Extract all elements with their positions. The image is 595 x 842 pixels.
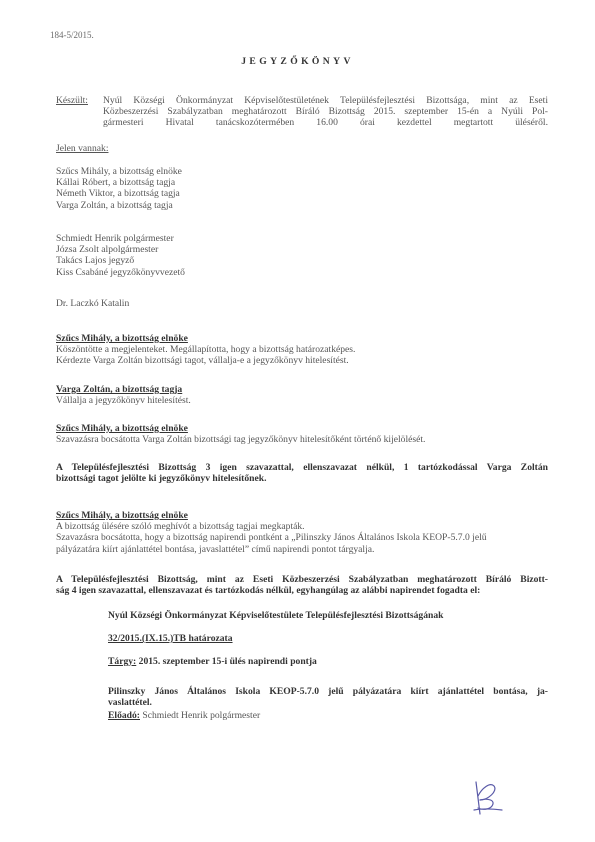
document-title: JEGYZŐKÖNYV [0, 56, 595, 67]
officials-list: Schmiedt Henrik polgármester Józsa Zsolt… [56, 233, 548, 278]
attendee: Varga Zoltán, a bizottság tagja [56, 200, 548, 211]
resolution-number-text: 32/2015.(IX.15.)TB határozata [108, 633, 233, 644]
minutes-text: Kérdezte Varga Zoltán bizottsági tagot, … [56, 355, 548, 366]
decision-paragraph: A Településfejlesztési Bizottság, mint a… [56, 574, 548, 596]
prepared-line: Közbeszerzési Szabályzatban meghatározot… [103, 106, 548, 117]
resolution-number: 32/2015.(IX.15.)TB határozata [108, 633, 548, 644]
minutes-text: Köszöntötte a megjelenteket. Megállapíto… [56, 344, 548, 355]
presenter-label: Előadó: [108, 710, 140, 721]
document-reference-number: 184-5/2015. [50, 30, 94, 41]
minutes-text: A bizottság ülésére szóló meghívót a biz… [56, 521, 548, 532]
resolution-presenter: Előadó: Schmiedt Henrik polgármester [108, 710, 548, 721]
minutes-section: Szűcs Mihály, a bizottság elnöke Köszönt… [56, 333, 548, 367]
prepared-line: Nyúl Községi Önkormányzat Képviselőtestü… [103, 95, 548, 106]
resolution-item: Pilinszky János Általános Iskola KEOP-5.… [108, 686, 548, 708]
attendee: Takács Lajos jegyző [56, 255, 548, 266]
attendees-heading: Jelen vannak: [56, 143, 548, 154]
prepared-line: gármesteri Hivatal tanácskozótermében 16… [103, 117, 548, 128]
attendee: Józsa Zsolt alpolgármester [56, 244, 548, 255]
speaker-heading: Szűcs Mihály, a bizottság elnöke [56, 423, 548, 434]
other-attendee: Dr. Laczkó Katalin [56, 298, 548, 309]
prepared-paragraph: Készült: Nyúl Községi Önkormányzat Képvi… [56, 95, 548, 129]
committee-members-list: Szűcs Mihály, a bizottság elnöke Kállai … [56, 166, 548, 211]
minutes-section: Szűcs Mihály, a bizottság elnöke Szavazá… [56, 423, 548, 445]
attendee: Szűcs Mihály, a bizottság elnöke [56, 166, 548, 177]
minutes-text: pályázatára kiírt ajánlattétel bontása, … [56, 544, 548, 555]
resolution-item-line: Pilinszky János Általános Iskola KEOP-5.… [108, 686, 548, 697]
speaker-heading: Szűcs Mihály, a bizottság elnöke [56, 333, 548, 344]
resolution-item-line: vaslattétel. [108, 697, 548, 708]
subject-text: 2015. szeptember 15-i ülés napirendi pon… [139, 656, 317, 667]
attendee: Kiss Csabáné jegyzőkönyvvezető [56, 267, 548, 278]
resolution-issuer: Nyúl Községi Önkormányzat Képviselőtestü… [108, 610, 548, 621]
decision-line: bizottsági tagot jelölte ki jegyzőkönyv … [56, 473, 548, 484]
minutes-section: Varga Zoltán, a bizottság tagja Vállalja… [56, 384, 548, 406]
minutes-section: Szűcs Mihály, a bizottság elnöke A bizot… [56, 510, 548, 555]
attendees-heading-text: Jelen vannak: [56, 143, 108, 154]
speaker-heading: Szűcs Mihály, a bizottság elnöke [56, 510, 548, 521]
speaker-heading: Varga Zoltán, a bizottság tagja [56, 384, 548, 395]
resolution-subject: Tárgy: 2015. szeptember 15-i ülés napire… [108, 656, 548, 667]
prepared-label: Készült: [56, 95, 88, 106]
decision-line: A Településfejlesztési Bizottság 3 igen … [56, 462, 548, 473]
minutes-text: Szavazásra bocsátotta, hogy a bizottság … [56, 532, 548, 543]
decision-line: A Településfejlesztési Bizottság, mint a… [56, 574, 548, 585]
decision-line: ság 4 igen szavazattal, ellenszavazat és… [56, 585, 548, 596]
attendee: Németh Viktor, a bizottság tagja [56, 188, 548, 199]
decision-paragraph: A Településfejlesztési Bizottság 3 igen … [56, 462, 548, 484]
attendee: Schmiedt Henrik polgármester [56, 233, 548, 244]
presenter-name: Schmiedt Henrik polgármester [142, 710, 260, 721]
attendee: Kállai Róbert, a bizottság tagja [56, 177, 548, 188]
signature-initials-icon [470, 778, 510, 821]
minutes-text: Szavazásra bocsátotta Varga Zoltán bizot… [56, 434, 548, 445]
minutes-text: Vállalja a jegyzőkönyv hitelesítést. [56, 395, 548, 406]
subject-label: Tárgy: [108, 656, 136, 667]
